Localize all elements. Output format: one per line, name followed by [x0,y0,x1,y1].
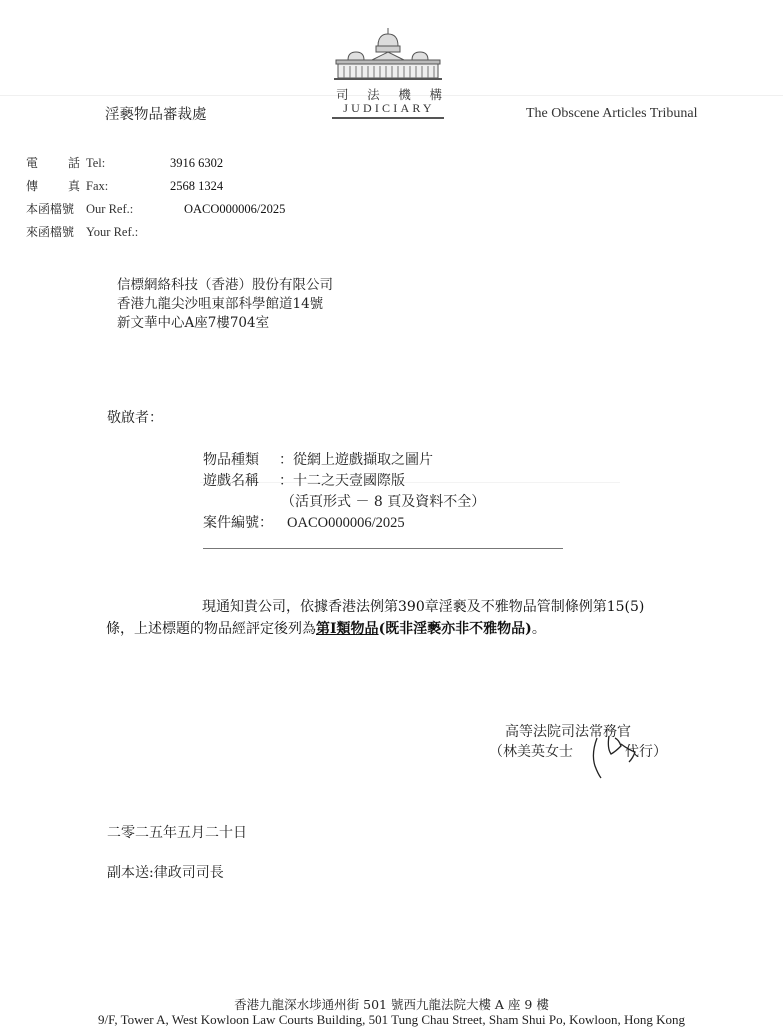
recipient-line: 信標網絡科技（香港）股份有限公司 [117,276,333,295]
handwritten-signature [585,714,665,788]
body-paragraph: 現通知貴公司，依據香港法例第390章淫褻及不雅物品管制條例第15(5) 條，上述… [107,596,644,640]
subject-game-name: 遊戲名稱 ： 十二之天壹國際版 [203,471,485,492]
contact-block: 電 話 Tel: 3916 6302 傳 真 Fax: 2568 1324 本函… [26,154,285,246]
fax-label-en: Fax: [86,179,160,194]
our-ref-label-cn: 本函檔號 [26,200,80,217]
item-type-value: 從網上遊戲擷取之圖片 [293,450,433,471]
recipient-line: 新文華中心A座7樓704室 [117,314,333,333]
contact-your-ref: 來函檔號 Your Ref.: [26,223,285,246]
body-text: 現通知貴公司，依據香港法例第390章淫褻及不雅物品管制條例第15(5) [202,599,644,615]
tribunal-name-english: The Obscene Articles Tribunal [526,106,697,122]
subject-divider [203,548,563,549]
court-building-icon [332,26,444,84]
recipient-address: 信標網絡科技（香港）股份有限公司 香港九龍尖沙咀東部科學館道14號 新文華中心A… [117,276,333,333]
signature-icon [585,714,665,784]
your-ref-label-cn: 來函檔號 [26,223,80,240]
letter-date: 二零二五年五月二十日 [107,822,247,842]
salutation: 敬啟者： [107,407,163,427]
label-char: 真 [68,177,80,194]
separator: ： [279,450,293,471]
case-no-label: 案件編號： [203,513,273,534]
contact-our-ref: 本函檔號 Our Ref.: OACO000006/2025 [26,200,285,223]
body-text: 。 [532,621,546,637]
fax-value: 2568 1324 [170,179,223,194]
label-char: 話 [68,154,80,171]
fax-label-cn: 傳 真 [26,177,80,194]
subject-case-no: 案件編號： OACO000006/2025 [203,513,485,534]
item-type-label: 物品種類 [203,450,279,471]
label-char: 電 [26,154,38,171]
judiciary-logo [332,26,444,84]
our-ref-value: OACO000006/2025 [184,202,285,217]
tel-label-en: Tel: [86,156,160,171]
logo-underline [332,117,444,119]
classification-underlined: 第I類物品 [316,621,379,637]
your-ref-label-en: Your Ref.: [86,225,160,240]
body-text: 條，上述標題的物品經評定後列為 [106,621,316,637]
tel-value: 3916 6302 [170,156,223,171]
label-char: 傳 [26,177,38,194]
subject-block: 物品種類 ： 從網上遊戲擷取之圖片 遊戲名稱 ： 十二之天壹國際版 （活頁形式 … [203,450,485,534]
footer-address-english: 9/F, Tower A, West Kowloon Law Courts Bu… [0,1012,783,1028]
label-text: 本函檔號 [26,200,74,217]
separator: ： [279,471,293,492]
label-text: 來函檔號 [26,223,74,240]
on-behalf-prefix: （林美英女士 [489,744,573,760]
footer-address-chinese: 香港九龍深水埗通州街 501 號西九龍法院大樓 A 座 9 樓 [0,995,783,1013]
body-line-2: 條，上述標題的物品經評定後列為第I類物品(既非淫褻亦非不雅物品)。 [106,618,644,640]
case-no-value: OACO000006/2025 [287,513,405,534]
our-ref-label-en: Our Ref.: [86,202,160,217]
tribunal-name-chinese: 淫褻物品審裁處 [105,103,207,124]
subject-item-type: 物品種類 ： 從網上遊戲擷取之圖片 [203,450,485,471]
game-name-value: 十二之天壹國際版 [293,471,405,492]
body-line-1: 現通知貴公司，依據香港法例第390章淫褻及不雅物品管制條例第15(5) [107,596,644,618]
classification-description: (既非淫褻亦非不雅物品) [379,621,532,637]
carbon-copy: 副本送:律政司司長 [107,862,224,882]
tel-label-cn: 電 話 [26,154,80,171]
recipient-line: 香港九龍尖沙咀東部科學館道14號 [117,295,333,314]
subject-note: （活頁形式 － 8 頁及資料不全） [203,492,485,513]
contact-fax: 傳 真 Fax: 2568 1324 [26,177,285,200]
logo-english-name: JUDICIARY [334,101,444,116]
game-name-label: 遊戲名稱 [203,471,279,492]
contact-tel: 電 話 Tel: 3916 6302 [26,154,285,177]
